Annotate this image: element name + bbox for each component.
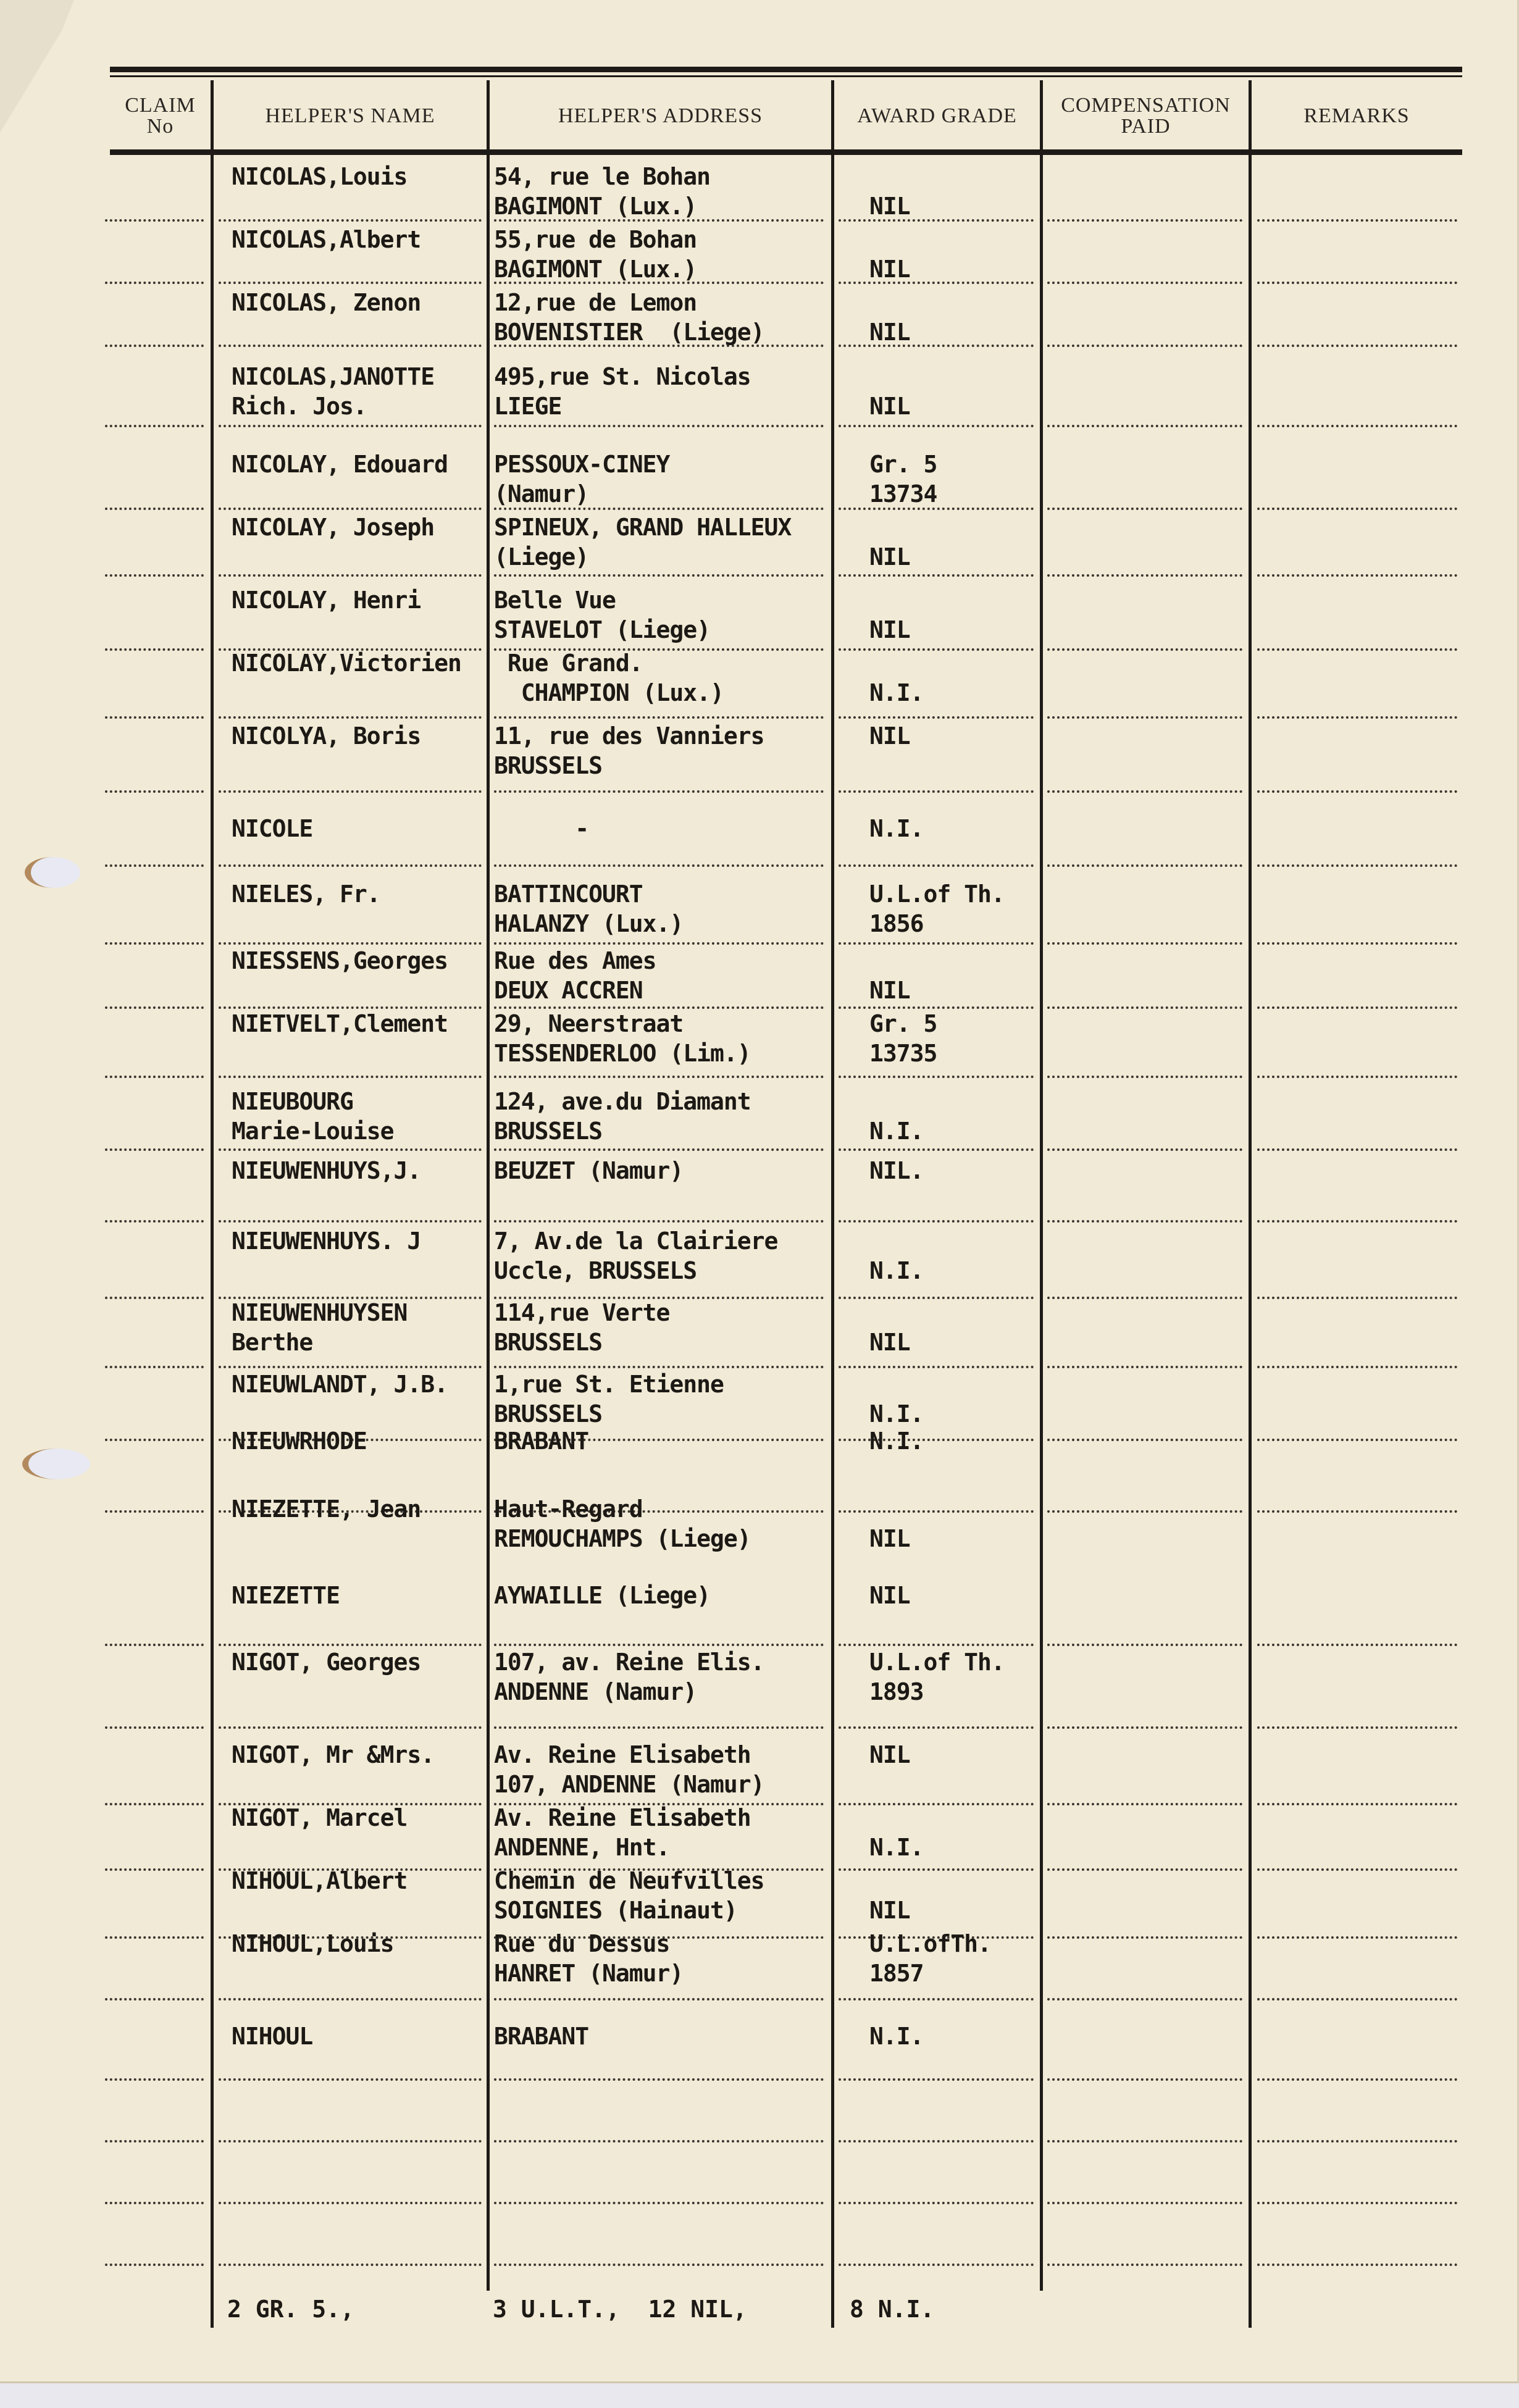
- award-grade-cell: NIL: [869, 1581, 910, 1610]
- column-divider: [487, 80, 490, 2291]
- dotted-row-rule: [219, 345, 482, 347]
- dotted-row-rule: [105, 345, 204, 347]
- helper-name-cell: NIEUWENHUYS,J.: [232, 1156, 421, 1185]
- dotted-row-rule: [1257, 2264, 1457, 2266]
- header-award-grade: AWARD GRADE: [834, 86, 1040, 146]
- helper-name-cell: NIEUWRHODE: [232, 1426, 367, 1456]
- award-grade-cell: NIL: [869, 1740, 910, 1770]
- dotted-row-rule: [1047, 1644, 1242, 1646]
- award-grade-cell: N.I.: [869, 1087, 924, 1146]
- helper-address-cell: 1,rue St. Etienne BRUSSELS: [494, 1369, 724, 1429]
- helper-name-cell: NIEZETTE: [232, 1581, 340, 1610]
- dotted-row-rule: [494, 1148, 824, 1151]
- folded-corner: [0, 0, 80, 136]
- dotted-row-rule: [839, 1644, 1034, 1646]
- dotted-row-rule: [105, 2140, 204, 2143]
- dotted-row-rule: [494, 942, 824, 945]
- dotted-row-rule: [1047, 648, 1242, 651]
- helper-address-cell: -: [494, 814, 588, 843]
- award-grade-cell: Gr. 5 13735: [869, 1009, 937, 1068]
- award-grade-cell: NIL: [869, 225, 910, 284]
- total-ni: 8 N.I.: [850, 2296, 934, 2323]
- dotted-row-rule: [839, 1220, 1034, 1223]
- dotted-row-rule: [1047, 219, 1242, 222]
- dotted-row-rule: [1047, 2202, 1242, 2204]
- helper-address-cell: Rue du Dessus HANRET (Namur): [494, 1929, 683, 1988]
- dotted-row-rule: [1257, 2078, 1457, 2081]
- helper-name-cell: NIGOT, Georges: [232, 1647, 421, 1677]
- award-grade-cell: N.I.: [869, 1369, 924, 1429]
- dotted-row-rule: [1047, 2140, 1242, 2143]
- dotted-row-rule: [105, 1936, 204, 1939]
- dotted-row-rule: [1257, 508, 1457, 510]
- dotted-row-rule: [1257, 1868, 1457, 1871]
- column-divider: [211, 80, 214, 2328]
- award-grade-cell: N.I.: [869, 1426, 924, 1456]
- helper-address-cell: AYWAILLE (Liege): [494, 1581, 710, 1610]
- helper-address-cell: SPINEUX, GRAND HALLEUX (Liege): [494, 512, 791, 572]
- helper-name-cell: NICOLAS,JANOTTE Rich. Jos.: [232, 362, 434, 421]
- dotted-row-rule: [1047, 716, 1242, 719]
- helper-name-cell: NICOLYA, Boris: [232, 721, 421, 751]
- dotted-row-rule: [1257, 1803, 1457, 1805]
- dotted-row-rule: [1257, 1439, 1457, 1441]
- award-grade-cell: U.L.of Th. 1856: [869, 879, 1005, 939]
- award-grade-cell: NIL: [869, 362, 910, 421]
- dotted-row-rule: [839, 282, 1034, 284]
- helper-address-cell: Belle Vue STAVELOT (Liege): [494, 585, 710, 645]
- dotted-row-rule: [1047, 790, 1242, 793]
- dotted-row-rule: [1257, 1936, 1457, 1939]
- dotted-row-rule: [839, 1510, 1034, 1513]
- dotted-row-rule: [1257, 790, 1457, 793]
- award-grade-cell: NIL: [869, 585, 910, 645]
- dotted-row-rule: [1047, 1366, 1242, 1368]
- helper-name-cell: NIHOUL: [232, 2021, 312, 2051]
- dotted-row-rule: [1257, 2140, 1457, 2143]
- award-grade-cell: NIL: [869, 512, 910, 572]
- dotted-row-rule: [1257, 864, 1457, 867]
- helper-name-cell: NIELES, Fr.: [232, 879, 380, 909]
- dotted-row-rule: [1047, 1726, 1242, 1729]
- helper-address-cell: Rue des Ames DEUX ACCREN: [494, 946, 656, 1005]
- helper-name-cell: NIETVELT,Clement: [232, 1009, 448, 1039]
- dotted-row-rule: [839, 1868, 1034, 1871]
- header-compensation-paid: COMPENSATION PAID: [1043, 86, 1249, 146]
- helper-name-cell: NIEUBOURG Marie-Louise: [232, 1087, 394, 1146]
- dotted-row-rule: [219, 282, 482, 284]
- dotted-row-rule: [105, 2202, 204, 2204]
- dotted-row-rule: [494, 864, 824, 867]
- dotted-row-rule: [494, 1726, 824, 1729]
- dotted-row-rule: [839, 942, 1034, 945]
- award-grade-cell: N.I.: [869, 648, 924, 708]
- dotted-row-rule: [105, 648, 204, 651]
- dotted-row-rule: [105, 716, 204, 719]
- dotted-row-rule: [219, 1726, 482, 1729]
- dotted-row-rule: [494, 1220, 824, 1223]
- dotted-row-rule: [839, 716, 1034, 719]
- dotted-row-rule: [1047, 1439, 1242, 1441]
- dotted-row-rule: [1047, 574, 1242, 577]
- dotted-row-rule: [839, 219, 1034, 222]
- dotted-row-rule: [839, 1726, 1034, 1729]
- helper-name-cell: NICOLE: [232, 814, 312, 843]
- dotted-row-rule: [105, 1148, 204, 1151]
- dotted-row-rule: [1047, 1803, 1242, 1805]
- dotted-row-rule: [1257, 648, 1457, 651]
- helper-address-cell: 124, ave.du Diamant BRUSSELS: [494, 1087, 751, 1146]
- document-sheet: CLAIM No HELPER'S NAME HELPER'S ADDRESS …: [0, 0, 1519, 2383]
- dotted-row-rule: [1257, 1998, 1457, 2000]
- award-grade-cell: NIL: [869, 288, 910, 347]
- dotted-row-rule: [1257, 942, 1457, 945]
- dotted-row-rule: [219, 1366, 482, 1368]
- dotted-row-rule: [219, 1644, 482, 1646]
- helper-name-cell: NIEUWLANDT, J.B.: [232, 1369, 448, 1399]
- total-ult-nil: 3 U.L.T., 12 NIL,: [493, 2296, 747, 2323]
- dotted-row-rule: [1047, 1006, 1242, 1009]
- helper-address-cell: 12,rue de Lemon BOVENISTIER (Liege): [494, 288, 764, 347]
- dotted-row-rule: [839, 2078, 1034, 2081]
- punch-hole-icon: [22, 1449, 90, 1479]
- dotted-row-rule: [1257, 1220, 1457, 1223]
- dotted-row-rule: [839, 345, 1034, 347]
- dotted-row-rule: [219, 1148, 482, 1151]
- dotted-row-rule: [839, 790, 1034, 793]
- column-divider: [1249, 80, 1252, 2328]
- dotted-row-rule: [105, 1076, 204, 1078]
- dotted-row-rule: [1047, 1936, 1242, 1939]
- dotted-row-rule: [1257, 1006, 1457, 1009]
- helper-name-cell: NIEUWENHUYSEN Berthe: [232, 1298, 407, 1357]
- dotted-row-rule: [105, 425, 204, 427]
- helper-name-cell: NIESSENS,Georges: [232, 946, 448, 976]
- helper-address-cell: 29, Neerstraat TESSENDERLOO (Lim.): [494, 1009, 751, 1068]
- helper-name-cell: NICOLAS, Zenon: [232, 288, 421, 317]
- dotted-row-rule: [219, 942, 482, 945]
- dotted-row-rule: [1047, 425, 1242, 427]
- dotted-row-rule: [1047, 282, 1242, 284]
- dotted-row-rule: [105, 2264, 204, 2266]
- helper-address-cell: PESSOUX-CINEY (Namur): [494, 449, 669, 509]
- helper-name-cell: NICOLAS,Louis: [232, 162, 407, 191]
- dotted-row-rule: [839, 1148, 1034, 1151]
- dotted-row-rule: [105, 2078, 204, 2081]
- helper-address-cell: Haut-Regard REMOUCHAMPS (Liege): [494, 1494, 751, 1553]
- helper-address-cell: Av. Reine Elisabeth ANDENNE, Hnt.: [494, 1803, 751, 1862]
- award-grade-cell: NIL: [869, 162, 910, 221]
- dotted-row-rule: [839, 2140, 1034, 2143]
- award-grade-cell: NIL: [869, 1866, 910, 1925]
- helper-address-cell: Chemin de Neufvilles SOIGNIES (Hainaut): [494, 1866, 764, 1925]
- helper-name-cell: NICOLAS,Albert: [232, 225, 421, 254]
- column-divider: [1040, 80, 1043, 2291]
- helper-name-cell: NIEUWENHUYS. J: [232, 1226, 421, 1256]
- dotted-row-rule: [494, 790, 824, 793]
- dotted-row-rule: [839, 1366, 1034, 1368]
- dotted-row-rule: [494, 2140, 824, 2143]
- dotted-row-rule: [1257, 219, 1457, 222]
- dotted-row-rule: [839, 1297, 1034, 1299]
- dotted-row-rule: [839, 425, 1034, 427]
- dotted-row-rule: [1047, 2264, 1242, 2266]
- award-grade-cell: N.I.: [869, 1803, 924, 1862]
- dotted-row-rule: [494, 1644, 824, 1646]
- dotted-row-rule: [219, 1076, 482, 1078]
- header-top-thin-rule: [110, 75, 1462, 77]
- dotted-row-rule: [1257, 2202, 1457, 2204]
- award-grade-cell: NIL.: [869, 1156, 924, 1185]
- dotted-row-rule: [105, 1297, 204, 1299]
- dotted-row-rule: [1257, 1297, 1457, 1299]
- dotted-row-rule: [1257, 574, 1457, 577]
- helper-address-cell: BRABANT: [494, 1426, 588, 1456]
- dotted-row-rule: [1047, 864, 1242, 867]
- dotted-row-rule: [105, 1726, 204, 1729]
- helper-name-cell: NIGOT, Mr &Mrs.: [232, 1740, 434, 1770]
- dotted-row-rule: [1257, 345, 1457, 347]
- dotted-row-rule: [105, 1998, 204, 2000]
- column-divider: [831, 80, 834, 2328]
- dotted-row-rule: [1257, 1076, 1457, 1078]
- dotted-row-rule: [839, 574, 1034, 577]
- dotted-row-rule: [494, 574, 824, 577]
- dotted-row-rule: [1047, 1868, 1242, 1871]
- helper-address-cell: BRABANT: [494, 2021, 588, 2051]
- helper-name-cell: NIEZETTE, Jean: [232, 1494, 421, 1524]
- award-grade-cell: U.L.of Th. 1893: [869, 1647, 1005, 1707]
- helper-name-cell: NIHOUL,Albert: [232, 1866, 407, 1896]
- dotted-row-rule: [839, 1803, 1034, 1805]
- helper-address-cell: 11, rue des Vanniers BRUSSELS: [494, 721, 764, 780]
- dotted-row-rule: [105, 1366, 204, 1368]
- dotted-row-rule: [1257, 1510, 1457, 1513]
- award-grade-cell: NIL: [869, 946, 910, 1005]
- dotted-row-rule: [219, 1220, 482, 1223]
- dotted-row-rule: [839, 864, 1034, 867]
- dotted-row-rule: [105, 1220, 204, 1223]
- dotted-row-rule: [105, 864, 204, 867]
- dotted-row-rule: [105, 942, 204, 945]
- dotted-row-rule: [219, 508, 482, 510]
- dotted-row-rule: [1257, 1644, 1457, 1646]
- dotted-row-rule: [494, 1076, 824, 1078]
- dotted-row-rule: [105, 1439, 204, 1441]
- total-grade5: 2 GR. 5.,: [227, 2296, 354, 2323]
- dotted-row-rule: [219, 574, 482, 577]
- helper-address-cell: 114,rue Verte BRUSSELS: [494, 1298, 669, 1357]
- helper-address-cell: Rue Grand. CHAMPION (Lux.): [494, 648, 724, 708]
- dotted-row-rule: [1047, 1220, 1242, 1223]
- helper-address-cell: BEUZET (Namur): [494, 1156, 683, 1185]
- helper-address-cell: BATTINCOURT HALANZY (Lux.): [494, 879, 683, 939]
- dotted-row-rule: [105, 1006, 204, 1009]
- dotted-row-rule: [1257, 1148, 1457, 1151]
- dotted-row-rule: [219, 2264, 482, 2266]
- helper-address-cell: 55,rue de Bohan BAGIMONT (Lux.): [494, 225, 697, 284]
- dotted-row-rule: [105, 790, 204, 793]
- dotted-row-rule: [219, 864, 482, 867]
- dotted-row-rule: [105, 1868, 204, 1871]
- dotted-row-rule: [494, 425, 824, 427]
- dotted-row-rule: [1257, 425, 1457, 427]
- dotted-row-rule: [105, 219, 204, 222]
- helper-address-cell: Av. Reine Elisabeth 107, ANDENNE (Namur): [494, 1740, 764, 1799]
- award-grade-cell: N.I.: [869, 814, 924, 843]
- dotted-row-rule: [1047, 508, 1242, 510]
- dotted-row-rule: [1047, 1297, 1242, 1299]
- dotted-row-rule: [494, 2202, 824, 2204]
- header-claim-no: CLAIM No: [110, 86, 211, 146]
- dotted-row-rule: [1047, 345, 1242, 347]
- award-grade-cell: NIL: [869, 1494, 910, 1553]
- helper-address-cell: 107, av. Reine Elis. ANDENNE (Namur): [494, 1647, 764, 1707]
- dotted-row-rule: [1047, 1148, 1242, 1151]
- dotted-row-rule: [105, 574, 204, 577]
- dotted-row-rule: [839, 1998, 1034, 2000]
- dotted-row-rule: [1047, 1076, 1242, 1078]
- helper-address-cell: 495,rue St. Nicolas LIEGE: [494, 362, 751, 421]
- dotted-row-rule: [839, 648, 1034, 651]
- helper-address-cell: 7, Av.de la Clairiere Uccle, BRUSSELS: [494, 1226, 777, 1286]
- dotted-row-rule: [105, 1644, 204, 1646]
- header-remarks: REMARKS: [1252, 86, 1462, 146]
- dotted-row-rule: [494, 2264, 824, 2266]
- dotted-row-rule: [219, 790, 482, 793]
- award-grade-cell: NIL: [869, 1298, 910, 1357]
- helper-name-cell: NICOLAY, Joseph: [232, 512, 434, 542]
- helper-name-cell: NIHOUL,Louis: [232, 1929, 394, 1959]
- dotted-row-rule: [219, 716, 482, 719]
- dotted-row-rule: [1257, 282, 1457, 284]
- dotted-row-rule: [1257, 1726, 1457, 1729]
- dotted-row-rule: [1047, 1510, 1242, 1513]
- helper-name-cell: NICOLAY, Edouard: [232, 449, 448, 479]
- award-grade-cell: NIL: [869, 721, 910, 751]
- dotted-row-rule: [494, 1998, 824, 2000]
- dotted-row-rule: [105, 508, 204, 510]
- dotted-row-rule: [219, 2078, 482, 2081]
- dotted-row-rule: [1047, 1998, 1242, 2000]
- dotted-row-rule: [494, 716, 824, 719]
- award-grade-cell: N.I.: [869, 2021, 924, 2051]
- header-top-rule: [110, 67, 1462, 72]
- award-grade-cell: Gr. 5 13734: [869, 449, 937, 509]
- helper-name-cell: NICOLAY, Henri: [232, 585, 421, 615]
- helper-address-cell: 54, rue le Bohan BAGIMONT (Lux.): [494, 162, 710, 221]
- award-grade-cell: U.L.ofTh. 1857: [869, 1929, 991, 1988]
- dotted-row-rule: [219, 2140, 482, 2143]
- dotted-row-rule: [839, 1076, 1034, 1078]
- dotted-row-rule: [1047, 942, 1242, 945]
- dotted-row-rule: [1257, 716, 1457, 719]
- dotted-row-rule: [494, 1366, 824, 1368]
- dotted-row-rule: [219, 1998, 482, 2000]
- dotted-row-rule: [839, 2264, 1034, 2266]
- header-helper-address: HELPER'S ADDRESS: [490, 86, 831, 146]
- award-grade-cell: N.I.: [869, 1226, 924, 1286]
- dotted-row-rule: [1257, 1366, 1457, 1368]
- dotted-row-rule: [219, 219, 482, 222]
- dotted-row-rule: [219, 2202, 482, 2204]
- header-bottom-rule: [110, 149, 1462, 155]
- dotted-row-rule: [219, 425, 482, 427]
- dotted-row-rule: [1047, 2078, 1242, 2081]
- dotted-row-rule: [839, 1439, 1034, 1441]
- helper-name-cell: NICOLAY,Victorien: [232, 648, 461, 678]
- dotted-row-rule: [105, 282, 204, 284]
- dotted-row-rule: [105, 1803, 204, 1805]
- dotted-row-rule: [494, 2078, 824, 2081]
- punch-hole-icon: [25, 857, 80, 888]
- dotted-row-rule: [105, 1510, 204, 1513]
- helper-name-cell: NIGOT, Marcel: [232, 1803, 407, 1833]
- header-helper-name: HELPER'S NAME: [214, 86, 487, 146]
- dotted-row-rule: [839, 2202, 1034, 2204]
